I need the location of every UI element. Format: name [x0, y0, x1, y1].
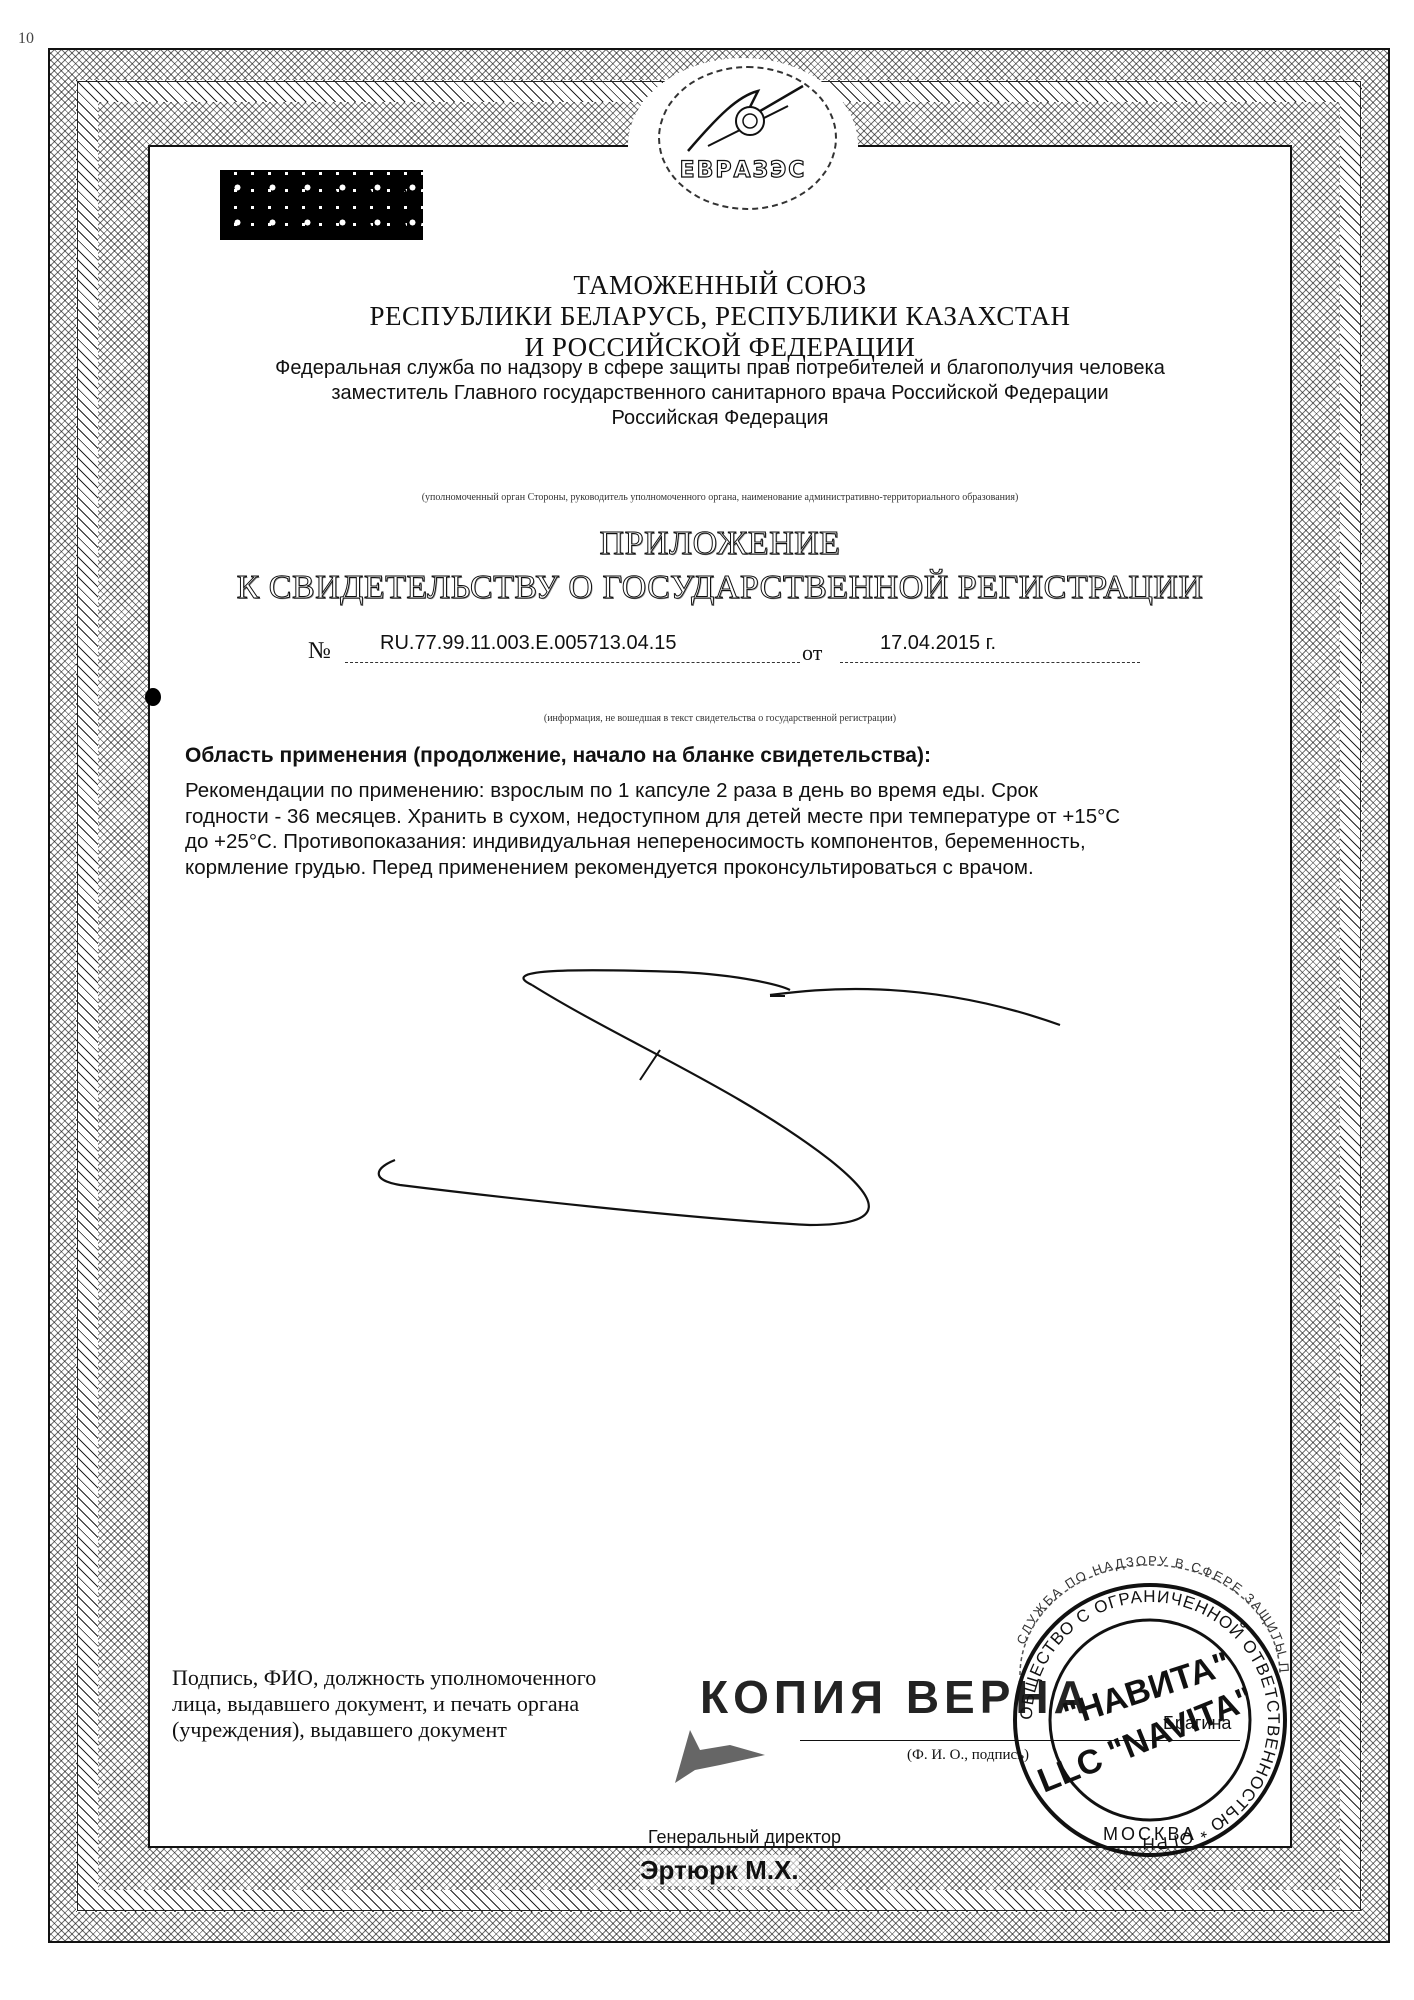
registration-number: RU.77.99.11.003.E.005713.04.15	[380, 632, 677, 655]
stamp-ink-smudge	[670, 1725, 770, 1785]
registration-date: 17.04.2015 г.	[880, 632, 996, 655]
section-body: Рекомендации по применению: взрослым по …	[185, 778, 1265, 880]
company-seal-icon: СЛУЖБА ПО НАДЗОРУ В СФЕРЕ ЗАЩИТЫ ПРАВ ПО…	[1000, 1555, 1300, 1865]
document-title: ПРИЛОЖЕНИЕ К СВИДЕТЕЛЬСТВУ О ГОСУДАРСТВЕ…	[148, 522, 1292, 610]
info-caption: (информация, не вошедшая в текст свидете…	[148, 713, 1292, 724]
section-title: Область применения (продолжение, начало …	[185, 742, 1265, 770]
director-title: Генеральный директор	[648, 1827, 841, 1848]
ink-dot	[145, 688, 161, 706]
eurasec-emblem-icon	[678, 76, 813, 156]
issuing-authority: Федеральная служба по надзору в сфере за…	[148, 356, 1292, 431]
security-pattern-block	[220, 170, 423, 240]
emblem-label: ЕВРАЗЭС	[628, 158, 858, 183]
page-number-mark: 10	[18, 30, 34, 48]
signature-block-label: Подпись, ФИО, должность уполномоченного …	[172, 1665, 652, 1743]
scope-section: Область применения (продолжение, начало …	[185, 742, 1265, 880]
number-sign: №	[308, 638, 331, 665]
director-name: Эртюрк М.Х.	[640, 1855, 799, 1886]
registration-line: № RU.77.99.11.003.E.005713.04.15 от 17.0…	[300, 632, 1140, 668]
eurasec-emblem: ЕВРАЗЭС	[628, 58, 858, 233]
customs-union-heading: ТАМОЖЕННЫЙ СОЮЗ РЕСПУБЛИКИ БЕЛАРУСЬ, РЕС…	[148, 270, 1292, 363]
date-prefix: от	[802, 640, 822, 666]
svg-text:МОСКВА: МОСКВА	[1103, 1824, 1197, 1844]
z-cancel-mark	[360, 940, 1080, 1240]
authority-caption: (уполномоченный орган Стороны, руководит…	[148, 492, 1292, 503]
